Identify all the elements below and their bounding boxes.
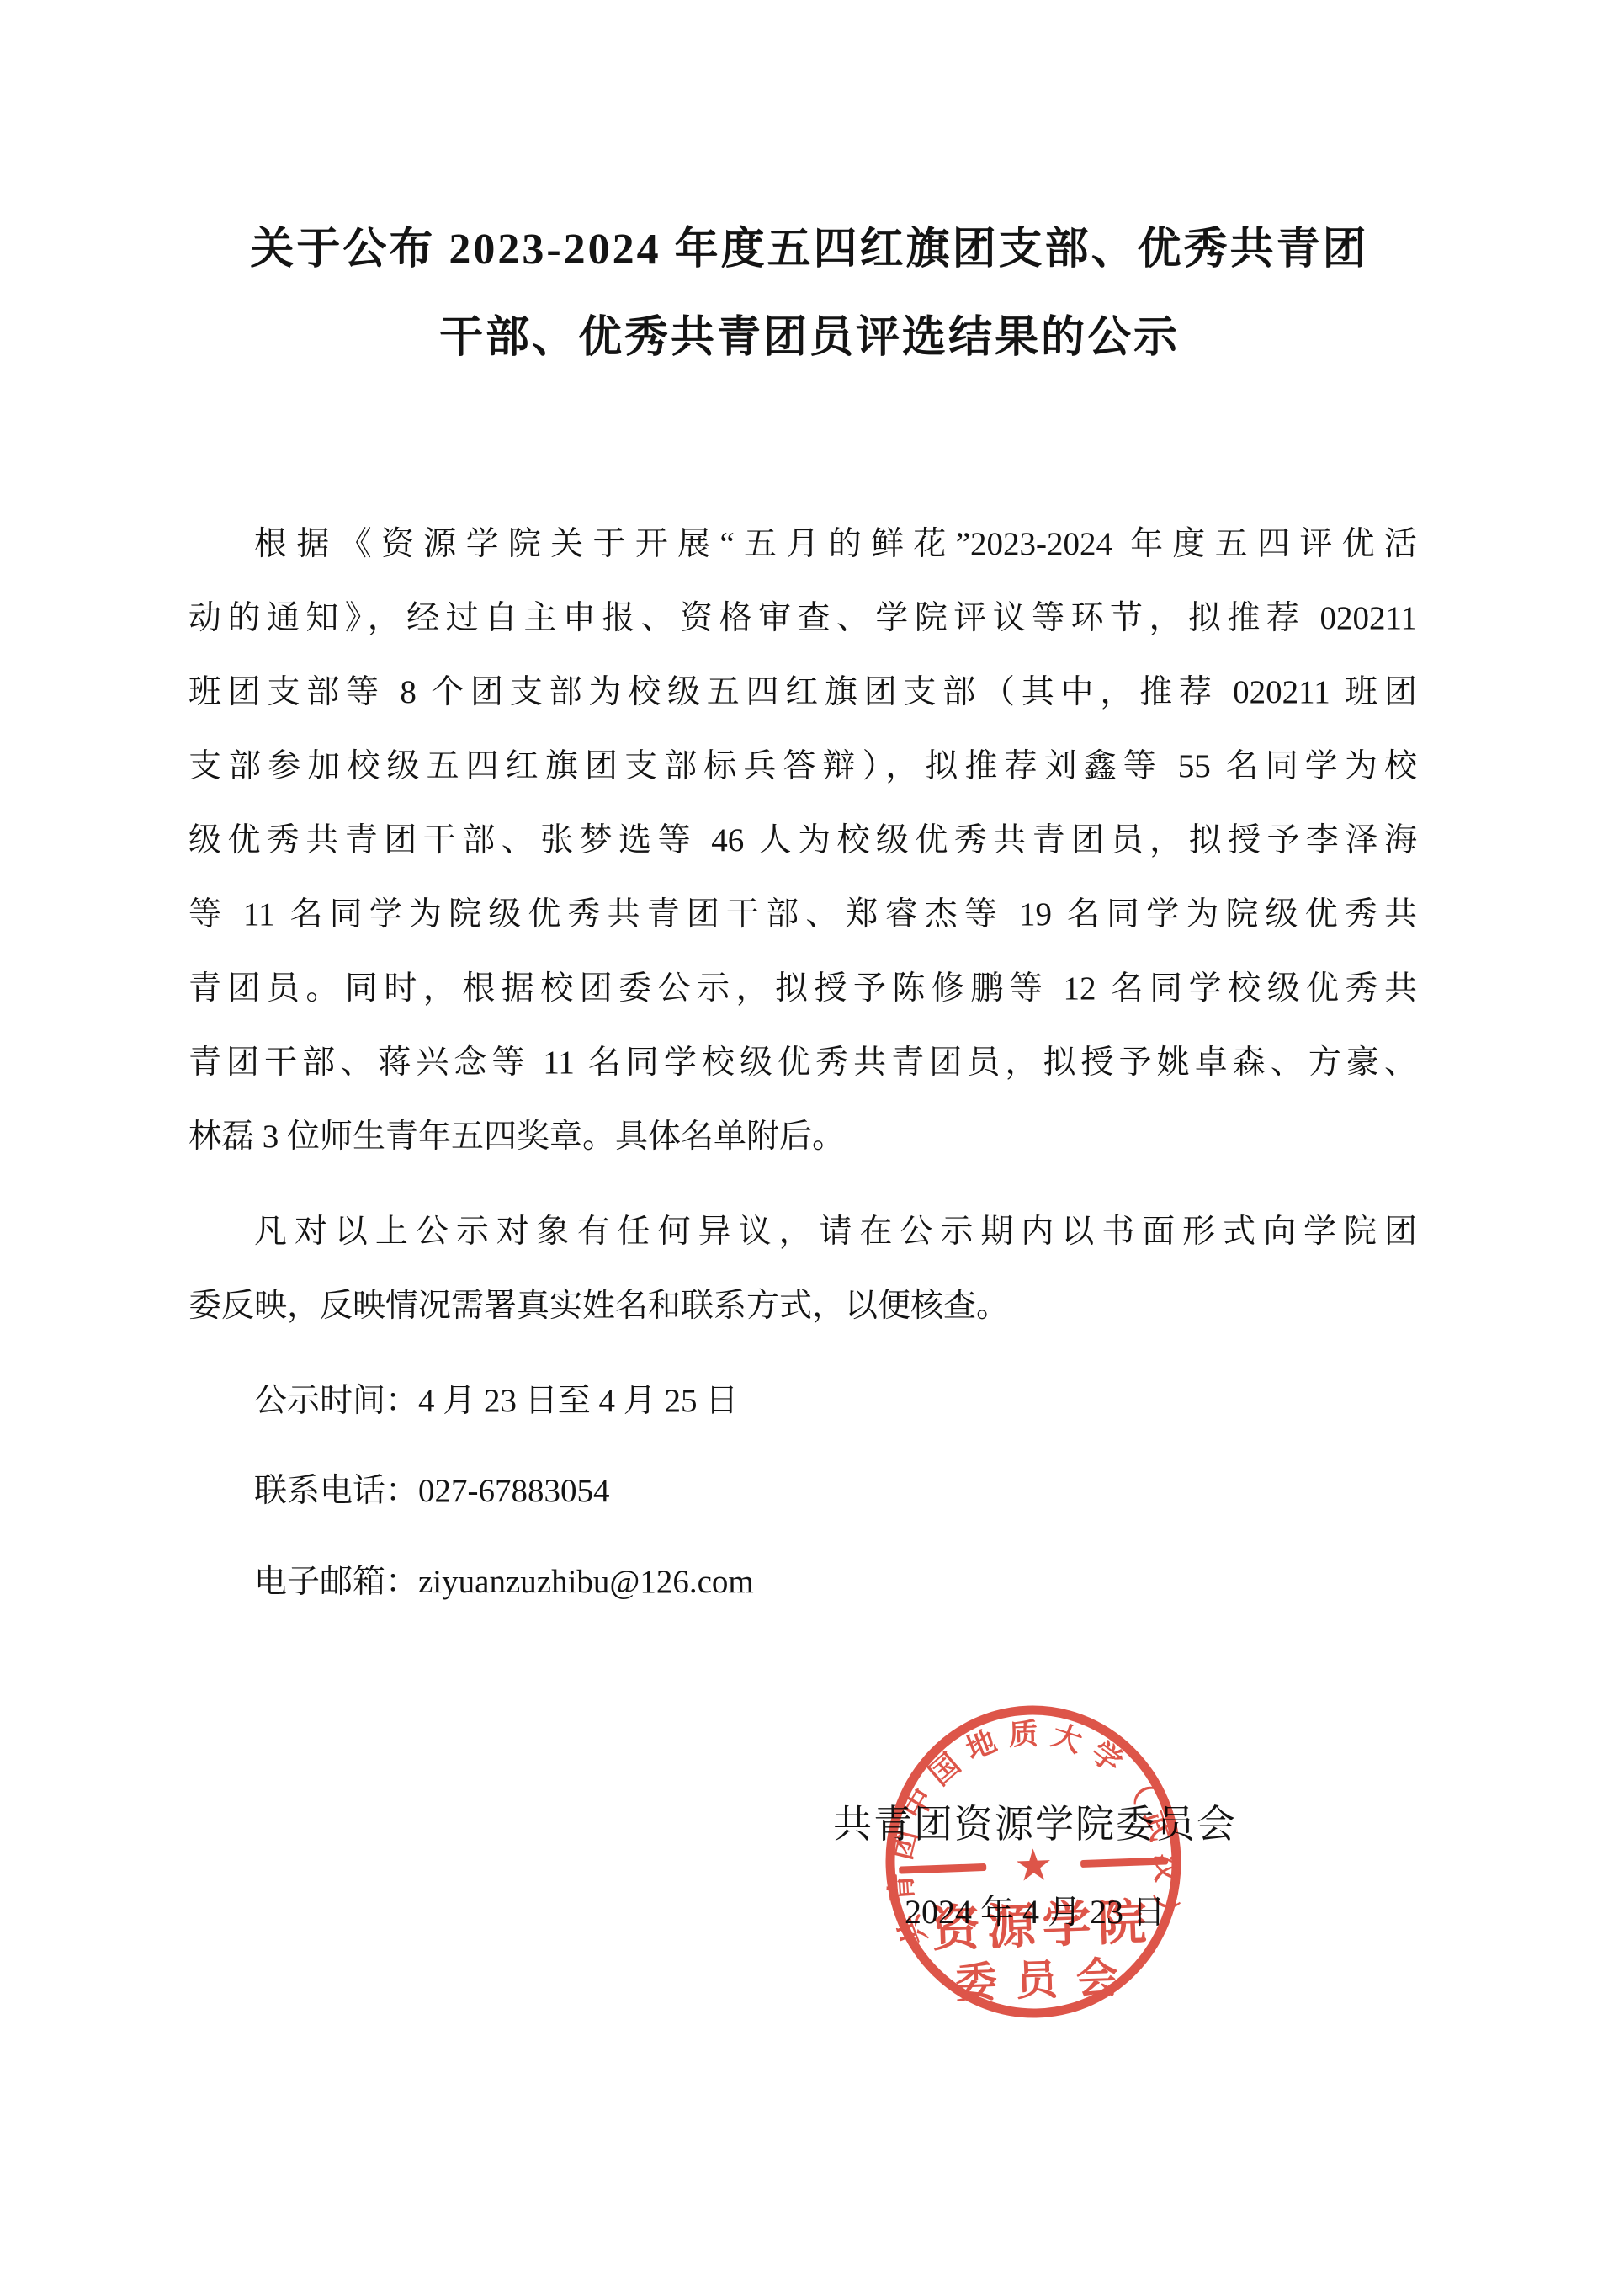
- body-paragraph-2: 凡对以上公示对象有任何异议，请在公示期内以书面形式向学院团委反映，反映情况需署真…: [188, 1195, 1417, 1343]
- body-line: 委反映，反映情况需署真实姓名和联系方式，以便核查。: [188, 1269, 1417, 1343]
- star-icon: ★: [1013, 1842, 1054, 1891]
- document-page: 关于公布 2023-2024 年度五四红旗团支部、优秀共青团 干部、优秀共青团员…: [0, 0, 1619, 2296]
- body-line: 凡对以上公示对象有任何异议，请在公示期内以书面形式向学院团: [188, 1195, 1417, 1269]
- title-line-1: 关于公布 2023-2024 年度五四红旗团支部、优秀共青团: [0, 205, 1619, 294]
- contact-phone-line: 联系电话：027-67883054: [254, 1454, 610, 1528]
- body-line: 班团支部等 8 个团支部为校级五四红旗团支部（其中，推荐 020211 班团: [188, 656, 1417, 730]
- official-seal: 共青团中国地质大学（武汉） ★ 资源学院 委员会: [868, 1691, 1198, 2032]
- document-title: 关于公布 2023-2024 年度五四红旗团支部、优秀共青团 干部、优秀共青团员…: [0, 205, 1619, 382]
- body-line: 青团员。同时，根据校团委公示，拟授予陈修鹏等 12 名同学校级优秀共: [188, 952, 1417, 1026]
- body-line: 等 11 名同学为院级优秀共青团干部、郑睿杰等 19 名同学为院级优秀共: [188, 878, 1417, 952]
- body-line: 支部参加校级五四红旗团支部标兵答辩），拟推荐刘鑫等 55 名同学为校: [188, 730, 1417, 804]
- contact-email-line: 电子邮箱：ziyuanzuzhibu@126.com: [254, 1545, 754, 1619]
- body-line: 动的通知》，经过自主申报、资格审查、学院评议等环节，拟推荐 020211: [188, 582, 1417, 656]
- body-paragraph-1: 根据《资源学院关于开展“五月的鲜花”2023-2024 年度五四评优活动的通知》…: [188, 508, 1417, 1174]
- seal-inner-line2: 委员会: [954, 1953, 1138, 2007]
- title-line-2: 干部、优秀共青团员评选结果的公示: [0, 294, 1619, 382]
- body-line: 级优秀共青团干部、张梦选等 46 人为校级优秀共青团员，拟授予李泽海: [188, 804, 1417, 878]
- publicity-period-line: 公示时间：4 月 23 日至 4 月 25 日: [254, 1364, 738, 1438]
- body-line: 青团干部、蒋兴念等 11 名同学校级优秀共青团员，拟授予姚卓森、方豪、: [188, 1026, 1417, 1100]
- seal-inner-line1: 资源学院: [931, 1895, 1155, 1957]
- body-line: 林磊 3 位师生青年五四奖章。具体名单附后。: [188, 1100, 1417, 1174]
- body-line: 根据《资源学院关于开展“五月的鲜花”2023-2024 年度五四评优活: [188, 508, 1417, 582]
